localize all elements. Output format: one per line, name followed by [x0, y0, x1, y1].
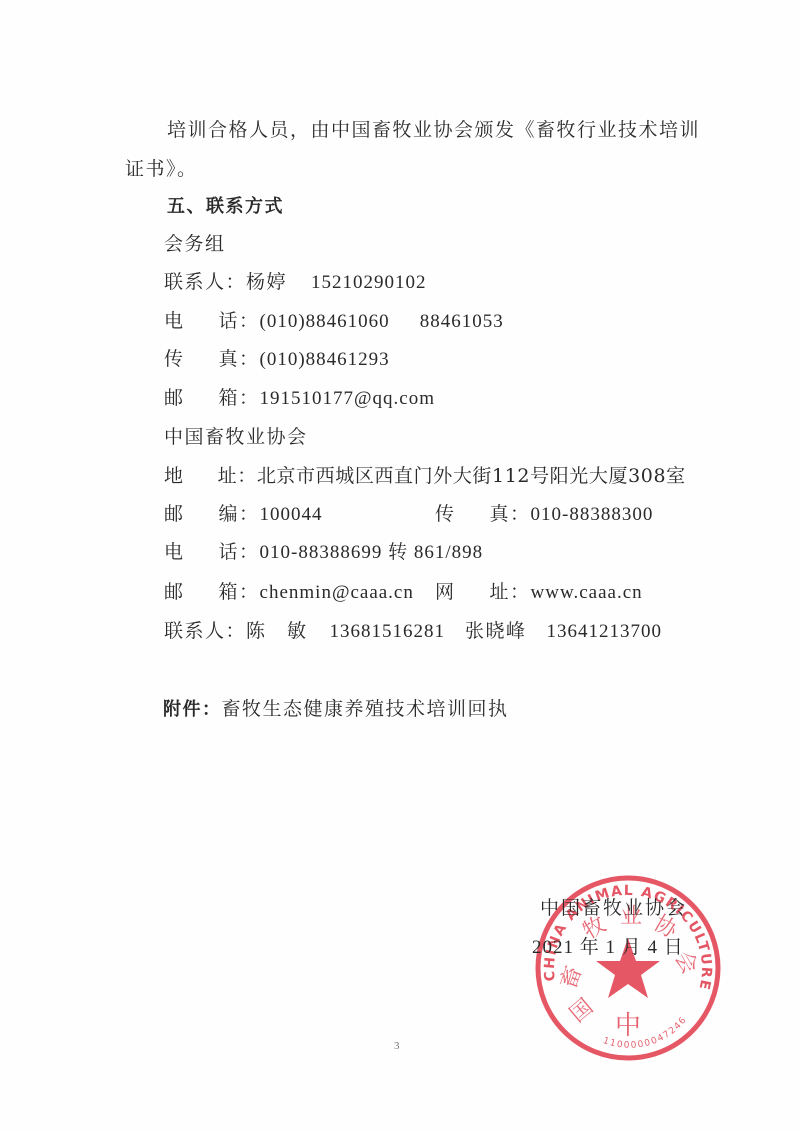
email-row: 邮箱：chenmin@caaa.cn [164, 580, 414, 605]
fax-value: 010-88388300 [531, 504, 654, 525]
paragraph-line: 培训合格人员，由中国畜牧业协会颁发《畜牧行业技术培训 [167, 118, 700, 142]
signature-date: 2021 年 1 月 4 日 [532, 932, 684, 959]
attachment-label: 附件： [163, 699, 222, 720]
label: 网 [435, 581, 456, 603]
attachment-row: 附件：畜牧生态健康养殖技术培训回执 [163, 697, 509, 722]
label: 编： [219, 503, 260, 525]
website-value: www.caaa.cn [531, 582, 643, 603]
label: 话： [219, 541, 260, 563]
contact-name: 陈 敏 [246, 620, 308, 642]
fax-row: 传真：010-88388300 [435, 502, 653, 527]
label: 联系人： [164, 620, 246, 642]
phone-value: (010)88461060 [260, 311, 390, 332]
contact-phone: 13681516281 [330, 621, 446, 642]
label: 真： [219, 348, 260, 370]
contacts-row: 联系人：陈 敏13681516281 [164, 619, 445, 644]
signature-org: 中国畜牧业协会 [540, 893, 687, 920]
group-title: 会务组 [164, 232, 226, 256]
contact-row: 联系人：杨婷15210290102 [164, 270, 427, 295]
paragraph-line: 证书》。 [125, 157, 198, 181]
svg-text:国: 国 [565, 994, 598, 1027]
address-row: 地址：北京市西城区西直门外大街112号阳光大厦308室 [164, 464, 686, 488]
website-row: 网址：www.caaa.cn [435, 580, 643, 605]
label: 邮 [164, 387, 185, 409]
email-value: chenmin@caaa.cn [260, 582, 414, 603]
fax-row: 传真：(010)88461293 [164, 347, 390, 372]
address-value: 北京市西城区西直门外大街112号阳光大厦308室 [257, 465, 686, 487]
phone-row: 电话：(010)8846106088461053 [164, 309, 504, 334]
document-page: 培训合格人员，由中国畜牧业协会颁发《畜牧行业技术培训 证书》。 五、联系方式 会… [0, 0, 800, 1131]
label: 箱： [219, 581, 260, 603]
contact-phone: 15210290102 [311, 272, 427, 293]
label: 电 [164, 310, 185, 332]
label: 传 [164, 348, 185, 370]
email-value: 191510177@qq.com [260, 388, 435, 409]
label: 箱： [219, 387, 260, 409]
section-heading: 五、联系方式 [167, 195, 284, 219]
label: 邮 [164, 503, 185, 525]
svg-text:中: 中 [615, 1011, 641, 1041]
contacts-row-2: 张晓峰13641213700 [465, 619, 662, 644]
svg-text:畜: 畜 [556, 963, 587, 992]
label: 地 [164, 465, 184, 487]
label: 真： [490, 503, 531, 525]
fax-value: (010)88461293 [260, 349, 390, 370]
contact-label: 联系人： [164, 271, 246, 293]
label: 电 [164, 541, 185, 563]
phone-value: 88461053 [420, 311, 504, 332]
attachment-text: 畜牧生态健康养殖技术培训回执 [222, 698, 509, 720]
page-number: 3 [394, 1040, 400, 1052]
contact-name: 杨婷 [246, 271, 287, 293]
label: 传 [435, 503, 456, 525]
phone-row: 电话：010-88388699 转 861/898 [164, 540, 483, 565]
email-row: 邮箱：191510177@qq.com [164, 386, 435, 411]
label: 址： [218, 465, 257, 487]
contact-name: 张晓峰 [465, 620, 527, 642]
phone-value: 010-88388699 转 861/898 [260, 542, 484, 563]
label: 址： [490, 581, 531, 603]
postcode-row: 邮编：100044 [164, 502, 323, 527]
postcode-value: 100044 [260, 504, 323, 525]
contact-phone: 13641213700 [547, 621, 663, 642]
label: 邮 [164, 581, 185, 603]
org-title: 中国畜牧业协会 [164, 425, 308, 449]
label: 话： [219, 310, 260, 332]
